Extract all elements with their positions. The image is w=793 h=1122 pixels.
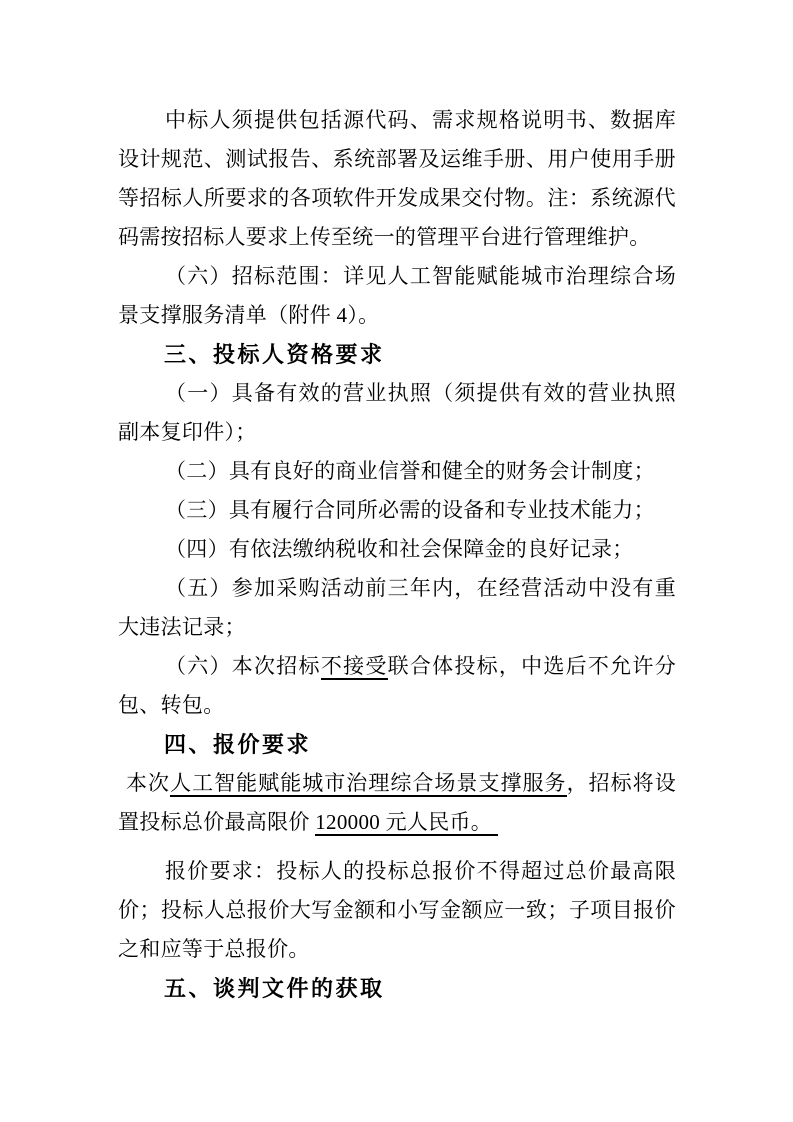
- text-run: 报价要求：投标人的投标总报价不得超过总价最高限价；投标人总报价大写金额和小写金额…: [118, 859, 676, 961]
- text-run: （二）具有良好的商业信誉和健全的财务会计制度；: [165, 459, 655, 483]
- text-run: （三）具有履行合同所必需的设备和专业技术能力；: [165, 498, 655, 522]
- heading-section-3: 三、投标人资格要求: [118, 335, 676, 374]
- text-run: 三、投标人资格要求: [164, 342, 385, 367]
- para-price-limit: 本次人工智能赋能城市治理综合场景支撑服务，招标将设置投标总价最高限价 12000…: [118, 764, 676, 842]
- underlined-text-run: 120000 元人民币。: [315, 810, 497, 836]
- para-tender-scope: （六）招标范围：详见人工智能赋能城市治理综合场景支撑服务清单（附件 4）。: [118, 257, 676, 335]
- text-run: （四）有依法缴纳税收和社会保障金的良好记录；: [165, 537, 634, 561]
- text-run: 中标人须提供包括源代码、需求规格说明书、数据库设计规范、测试报告、系统部署及运维…: [118, 108, 676, 249]
- document-page: 中标人须提供包括源代码、需求规格说明书、数据库设计规范、测试报告、系统部署及运维…: [0, 0, 793, 1122]
- text-run: （五）参加采购活动前三年内，在经营活动中没有重大违法记录；: [118, 576, 676, 639]
- underlined-text-run: 不接受: [321, 654, 388, 680]
- underlined-text-run: 人工智能赋能城市治理综合场景支撑服务: [170, 771, 567, 797]
- heading-section-5: 五、谈判文件的获取: [118, 969, 676, 1008]
- para-price-note: 报价要求：投标人的投标总报价不得超过总价最高限价；投标人总报价大写金额和小写金额…: [118, 852, 676, 969]
- text-run: 四、报价要求: [164, 732, 311, 757]
- heading-section-4: 四、报价要求: [118, 725, 676, 764]
- para-qualification-1: （一）具备有效的营业执照（须提供有效的营业执照副本复印件）；: [118, 374, 676, 452]
- text-run: 五、谈判文件的获取: [164, 976, 385, 1001]
- para-qualification-6: （六）本次招标不接受联合体投标，中选后不允许分包、转包。: [118, 647, 676, 725]
- para-qualification-2: （二）具有良好的商业信誉和健全的财务会计制度；: [118, 452, 676, 491]
- text-run: （六）本次招标: [165, 654, 321, 678]
- para-deliverables: 中标人须提供包括源代码、需求规格说明书、数据库设计规范、测试报告、系统部署及运维…: [118, 101, 676, 257]
- document-body: 中标人须提供包括源代码、需求规格说明书、数据库设计规范、测试报告、系统部署及运维…: [0, 0, 793, 1008]
- text-run: 本次: [126, 771, 170, 795]
- text-run: （六）招标范围：详见人工智能赋能城市治理综合场景支撑服务清单（附件 4）。: [118, 264, 676, 327]
- para-qualification-4: （四）有依法缴纳税收和社会保障金的良好记录；: [118, 530, 676, 569]
- para-qualification-3: （三）具有履行合同所必需的设备和专业技术能力；: [118, 491, 676, 530]
- text-run: （一）具备有效的营业执照（须提供有效的营业执照副本复印件）；: [118, 381, 676, 444]
- para-qualification-5: （五）参加采购活动前三年内，在经营活动中没有重大违法记录；: [118, 569, 676, 647]
